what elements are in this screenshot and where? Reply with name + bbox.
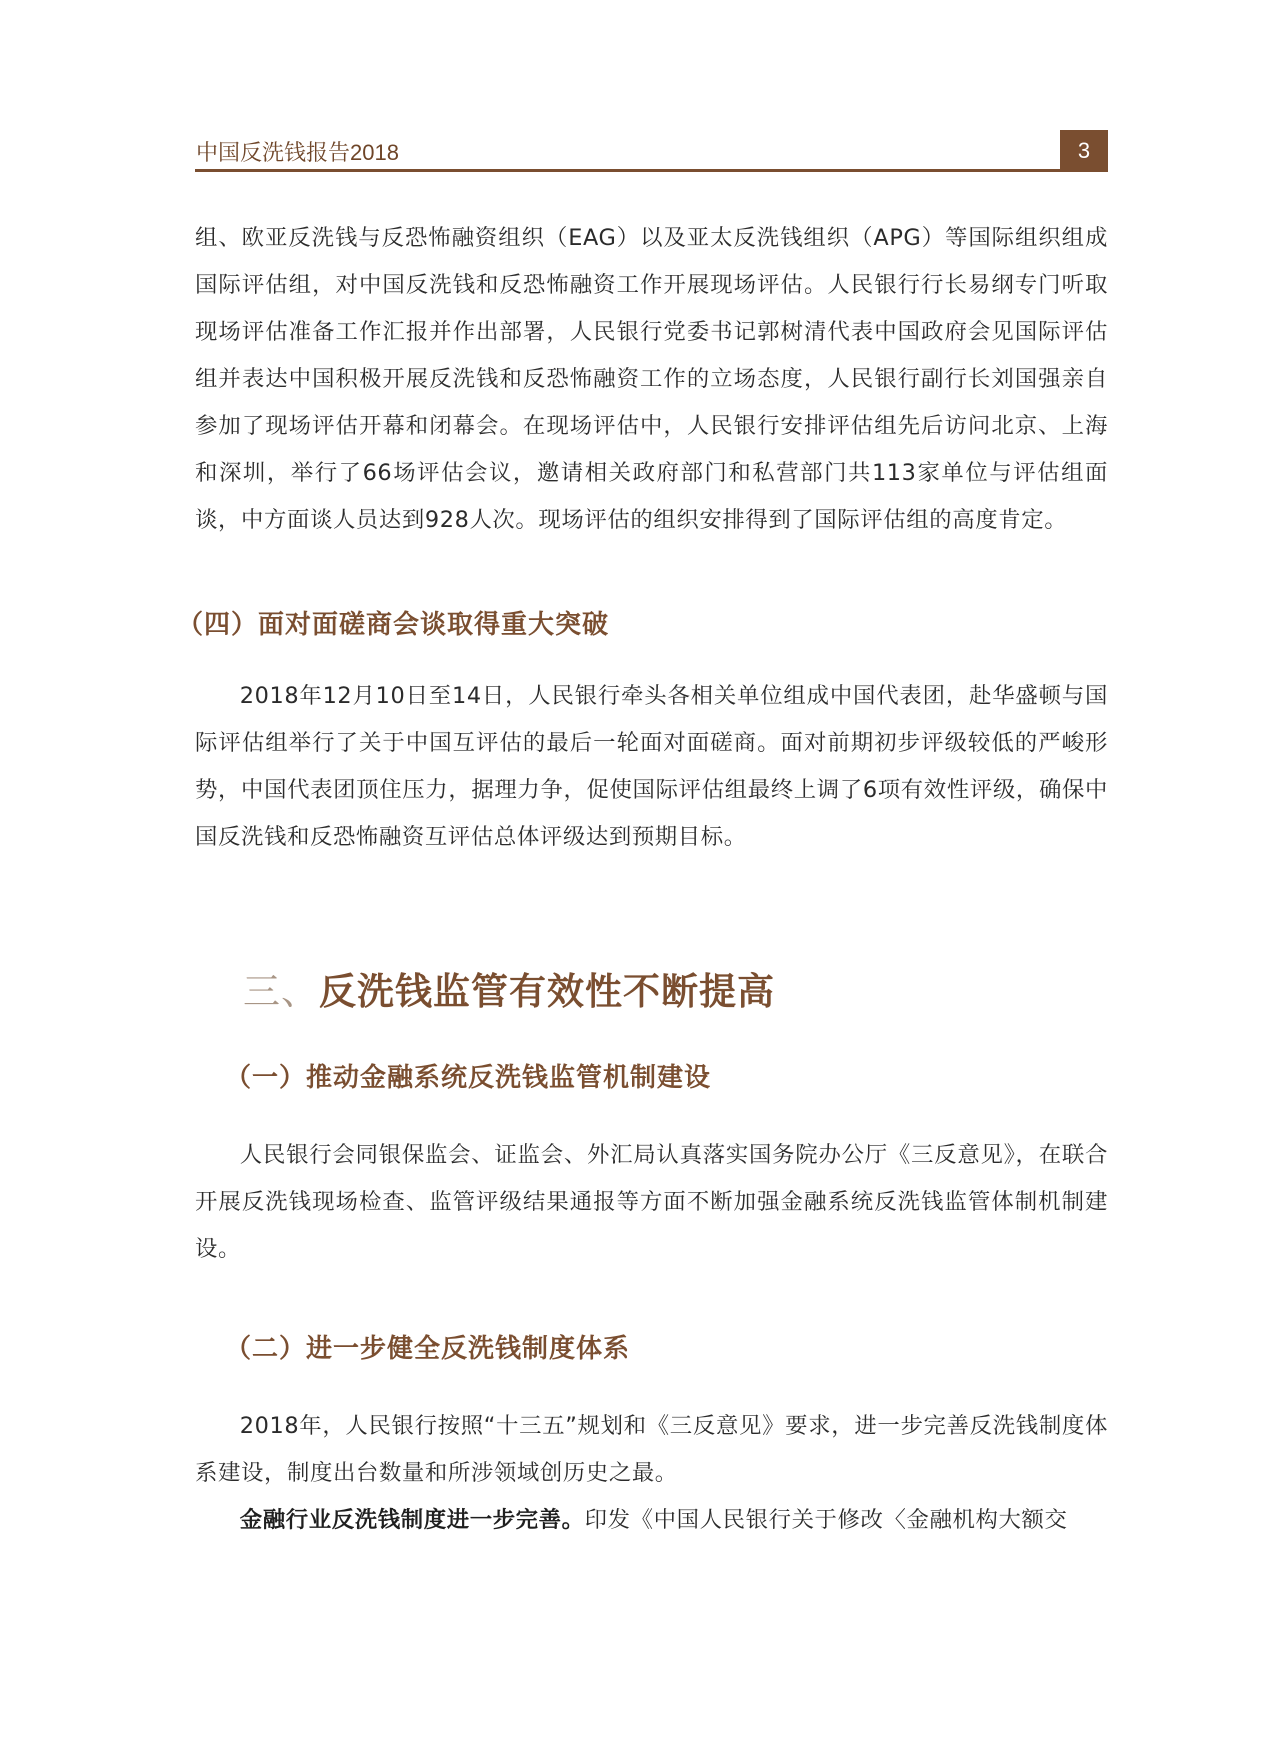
bold-lead-phrase: 金融行业反洗钱制度进一步完善。 — [240, 1507, 585, 1533]
body-paragraph-financial-industry: 金融行业反洗钱制度进一步完善。印发《中国人民银行关于修改〈金融机构大额交 — [195, 1497, 1108, 1544]
body-paragraph-continued: 组、欧亚反洗钱与反恐怖融资组织（EAG）以及亚太反洗钱组织（APG）等国际组织组… — [195, 215, 1108, 544]
page-number-badge: 3 — [1060, 130, 1108, 172]
page-content: 组、欧亚反洗钱与反恐怖融资组织（EAG）以及亚太反洗钱组织（APG）等国际组织组… — [195, 215, 1108, 1544]
page-number: 3 — [1078, 138, 1090, 164]
header-divider — [195, 169, 1108, 172]
report-title: 中国反洗钱报告2018 — [196, 136, 399, 167]
body-paragraph-regulations: 2018年，人民银行按照“十三五”规划和《三反意见》要求，进一步完善反洗钱制度体… — [195, 1403, 1108, 1497]
section-heading-3: 三、反洗钱监管有效性不断提高 — [243, 961, 1108, 1015]
section-title: 反洗钱监管有效性不断提高 — [319, 969, 775, 1013]
section-number: 三、 — [243, 970, 319, 1013]
paragraph-continuation: 印发《中国人民银行关于修改〈金融机构大额交 — [585, 1507, 1068, 1533]
subsection-heading-4: （四）面对面磋商会谈取得重大突破 — [177, 604, 1108, 641]
body-paragraph-supervision: 人民银行会同银保监会、证监会、外汇局认真落实国务院办公厅《三反意见》，在联合开展… — [195, 1132, 1108, 1273]
subsection-heading-1: （一）推动金融系统反洗钱监管机制建设 — [225, 1057, 1108, 1094]
subsection-heading-2: （二）进一步健全反洗钱制度体系 — [225, 1328, 1108, 1365]
body-paragraph-face-to-face: 2018年12月10日至14日，人民银行牵头各相关单位组成中国代表团，赴华盛顿与… — [195, 673, 1108, 861]
page-header: 中国反洗钱报告2018 3 — [195, 130, 1108, 172]
